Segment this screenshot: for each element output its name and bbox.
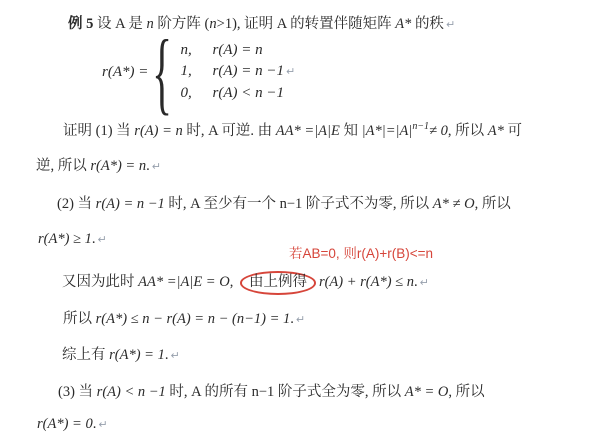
math-run: r(A) = n −1 <box>96 196 165 212</box>
proof-case3-line2: r(A*) = 0.↵ <box>37 416 108 433</box>
text-run: (2) 当 <box>57 196 96 212</box>
piecewise-rank-formula: r(A*) = { n,r(A) = n 1,r(A) = n −1↵ 0,r(… <box>102 38 295 106</box>
text-run: 知 <box>340 123 362 139</box>
text-run: . <box>93 416 97 432</box>
paragraph-mark-icon: ↵ <box>170 349 179 362</box>
circled-text: 由上例得 <box>249 274 307 290</box>
text-run: 逆, 所以 <box>36 158 90 174</box>
annotation-text: 若AB=0, 则r(A)+r(B)<=n <box>289 246 433 261</box>
text-run: 可 <box>504 123 522 139</box>
text-run: , 所以 <box>475 196 511 212</box>
case-condition: r(A) < n −1 <box>213 83 284 105</box>
paragraph-mark-icon: ↵ <box>296 313 305 326</box>
proof-case1-line2: 逆, 所以 r(A*) = n.↵ <box>36 154 161 175</box>
math-run: A* = O <box>405 384 449 400</box>
text-run: . <box>290 311 294 327</box>
text-run: . <box>414 274 418 290</box>
math-run: AA* =|A|E <box>276 123 340 139</box>
superscript-run: n−1 <box>412 121 429 132</box>
math-run: A* <box>488 123 504 139</box>
curly-brace-icon: { <box>153 38 173 106</box>
text-run: 所以 <box>63 311 96 327</box>
paragraph-mark-icon: ↵ <box>446 18 455 31</box>
formula-case-row: 0,r(A) < n −1 <box>181 83 296 105</box>
case-value: n, <box>181 40 213 62</box>
text-run: . <box>146 158 150 174</box>
text-run: . <box>92 231 96 247</box>
red-note-annotation: 若AB=0, 则r(A)+r(B)<=n <box>289 242 433 262</box>
example-label: 例 5 <box>68 16 93 32</box>
case-value: 1, <box>181 61 213 83</box>
formula-lhs: r(A*) = <box>102 64 148 81</box>
paragraph-mark-icon: ↵ <box>420 276 429 289</box>
text-run: , <box>230 274 237 290</box>
math-run: r(A) < n −1 <box>97 384 166 400</box>
case-value: 0, <box>181 83 213 105</box>
proof-case1-line1: 证明 (1) 当 r(A) = n 时, A 可逆. 由 AA* =|A|E 知… <box>63 119 522 140</box>
text-run: 又因为此时 <box>62 274 138 290</box>
math-run: r(A) = n <box>134 123 182 139</box>
text-run: 时, A 的所有 n−1 阶子式全为零, 所以 <box>166 384 405 400</box>
paragraph-mark-icon: ↵ <box>98 233 107 246</box>
math-run: r(A*) = n <box>90 158 146 174</box>
math-run: ≠ 0 <box>429 123 448 139</box>
text-run: 综上有 <box>62 347 109 363</box>
text-run: (3) 当 <box>58 384 97 400</box>
paragraph-mark-icon: ↵ <box>286 61 295 83</box>
text-run: 时, A 至少有一个 n−1 阶子式不为零, 所以 <box>165 196 433 212</box>
paragraph-mark-icon: ↵ <box>152 160 161 173</box>
formula-case-row: n,r(A) = n <box>181 40 296 62</box>
formula-case-row: 1,r(A) = n −1↵ <box>181 61 296 83</box>
example-title-line: 例 5 设 A 是 n 阶方阵 (n>1), 证明 A 的转置伴随矩阵 A* 的… <box>68 12 455 33</box>
math-run: r(A*) ≥ 1 <box>38 231 92 247</box>
proof-case2-conclusion: 综上有 r(A*) = 1.↵ <box>62 343 180 364</box>
text-run: 证明 (1) 当 <box>63 123 134 139</box>
math-run: r(A) + r(A*) ≤ n <box>319 274 414 290</box>
paragraph-mark-icon: ↵ <box>98 418 107 431</box>
math-run: |A*|=|A| <box>362 123 413 139</box>
text-run: >1), 证明 A 的转置伴随矩阵 <box>217 16 396 32</box>
math-run: r(A*) = 0 <box>37 416 93 432</box>
proof-case2-line3: 又因为此时 AA* =|A|E = O, 由上例得r(A) + r(A*) ≤ … <box>62 270 429 295</box>
document-page: 例 5 设 A 是 n 阶方阵 (n>1), 证明 A 的转置伴随矩阵 A* 的… <box>0 0 600 445</box>
math-run: r(A*) ≤ n − r(A) = n − (n−1) = 1 <box>96 311 291 327</box>
math-run: A* ≠ O <box>433 196 475 212</box>
text-run: . <box>165 347 169 363</box>
red-circle-annotation: 由上例得 <box>240 271 316 295</box>
proof-case2-line4: 所以 r(A*) ≤ n − r(A) = n − (n−1) = 1.↵ <box>63 307 305 328</box>
math-run: AA* =|A|E = O <box>138 274 230 290</box>
text-run: 设 A 是 <box>93 16 146 32</box>
math-run: n <box>209 16 216 32</box>
text-run: 的秩 <box>411 16 444 32</box>
math-run: r(A*) = 1 <box>109 347 165 363</box>
case-condition: r(A) = n <box>213 40 263 62</box>
text-run: , 所以 <box>448 384 484 400</box>
case-condition: r(A) = n −1 <box>213 61 284 83</box>
text-run: , 所以 <box>448 123 488 139</box>
proof-case2-line2: r(A*) ≥ 1.↵ <box>38 231 107 248</box>
math-run: A* <box>395 16 411 32</box>
formula-cases: n,r(A) = n 1,r(A) = n −1↵ 0,r(A) < n −1 <box>181 40 296 105</box>
proof-case3-line1: (3) 当 r(A) < n −1 时, A 的所有 n−1 阶子式全为零, 所… <box>58 380 485 401</box>
proof-case2-line1: (2) 当 r(A) = n −1 时, A 至少有一个 n−1 阶子式不为零,… <box>57 192 511 213</box>
text-run: 时, A 可逆. 由 <box>183 123 276 139</box>
